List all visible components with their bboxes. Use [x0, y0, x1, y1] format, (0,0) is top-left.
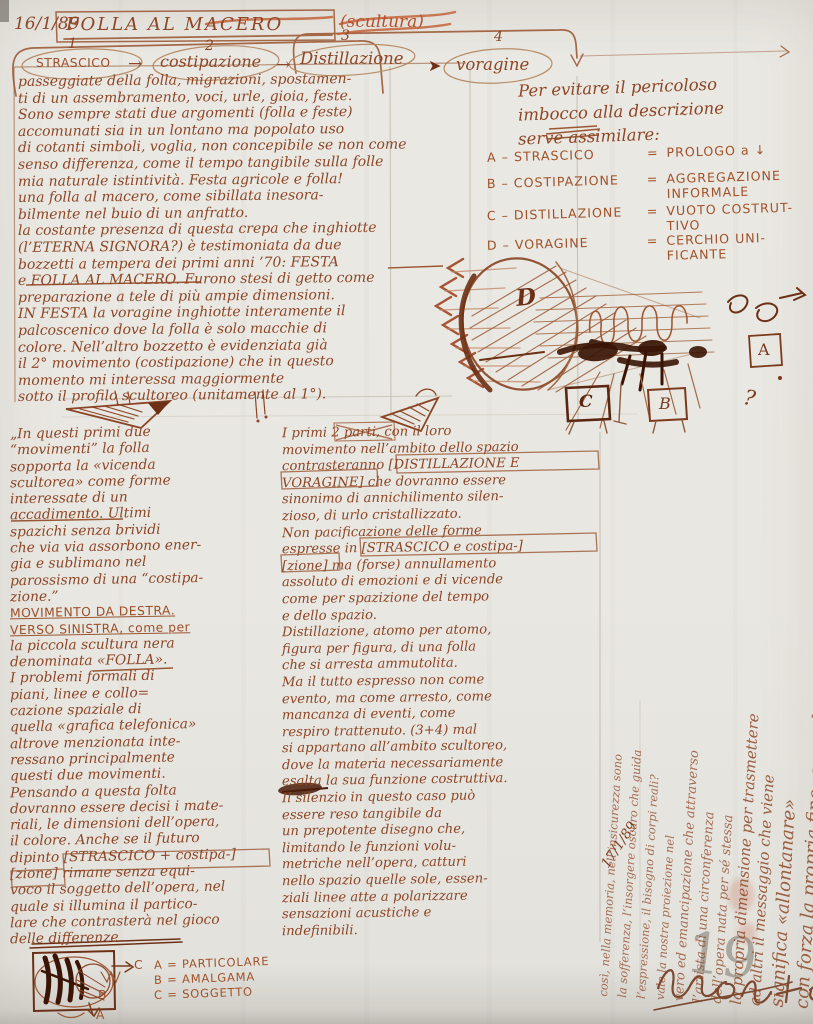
- flow-step-number: 4: [494, 29, 503, 45]
- mapping-lhs: D – VORAGINE: [487, 234, 640, 268]
- page-title: FOLLA AL MACERO: [66, 14, 283, 35]
- flow-step-label-strascico: STRASCICO: [36, 56, 111, 70]
- equals-sign: =: [647, 233, 659, 263]
- mapping-rhs: CERCHIO UNI- FICANTE: [666, 230, 766, 263]
- sketch-label-b: B: [98, 988, 107, 1002]
- diagram-label-c: C: [579, 392, 593, 412]
- sketch-label-a: A: [96, 1008, 105, 1022]
- middle-column-line: indefinibili.: [282, 920, 600, 941]
- manuscript-page: 19: [0, 0, 813, 1024]
- diagram-question-mark: ?: [742, 385, 758, 411]
- flow-step-label-costipazione: costipazione: [160, 52, 261, 71]
- photo-corner-mark: [0, 0, 9, 22]
- intro-paragraph: passeggiate della folla, migrazioni, spo…: [18, 72, 470, 404]
- legend-line: C = SOGGETTO: [154, 984, 270, 1003]
- diagram-label-a: A: [758, 340, 770, 359]
- mapping-rhs: PROLOGO a ↓: [666, 142, 766, 160]
- diagram-label-b: B: [659, 394, 671, 413]
- left-column: „In questi primi due“movimenti” la folla…: [10, 424, 278, 946]
- equals-sign: =: [647, 203, 659, 233]
- flow-step-number: 3: [341, 28, 350, 44]
- left-column-line: delle differenze.: [10, 927, 278, 948]
- flow-step-label-distillazione: Distillazione: [300, 49, 404, 68]
- mapping-lhs: B – COSTIPAZIONE: [487, 172, 640, 206]
- mapping-rhs: VUOTO COSTRUT- TIVO: [666, 200, 794, 234]
- sketch-legend: A = PARTICOLAREB = AMALGAMAC = SOGGETTO: [154, 956, 269, 1001]
- rotated-marginalia: così, nella memoria, nell’insicurezza so…: [594, 417, 813, 1009]
- page-title-suffix: (scultura): [340, 12, 424, 32]
- sketch-label-c: C: [134, 958, 143, 972]
- mapping-rhs: AGGREGAZIONE INFORMALE: [666, 168, 781, 201]
- side-note: Per evitare il pericolosoimbocco alla de…: [518, 76, 724, 148]
- flow-step-number: 1: [68, 36, 77, 52]
- flow-arrow-icon: →: [128, 54, 142, 74]
- mapping-lhs: C – DISTILLAZIONE: [487, 204, 640, 238]
- mapping-row-d: D – VORAGINE = CERCHIO UNI- FICANTE: [487, 230, 767, 268]
- middle-column: I primi 2 parti, con il loromovimento ne…: [282, 424, 600, 938]
- equals-sign: =: [647, 171, 659, 201]
- intro-line: sotto il profilo scultoreo (unitamente a…: [18, 385, 470, 406]
- mapping-lhs: A – STRASCICO: [487, 146, 639, 165]
- equals-sign: =: [647, 145, 659, 160]
- diagram-label-d: D: [515, 283, 538, 312]
